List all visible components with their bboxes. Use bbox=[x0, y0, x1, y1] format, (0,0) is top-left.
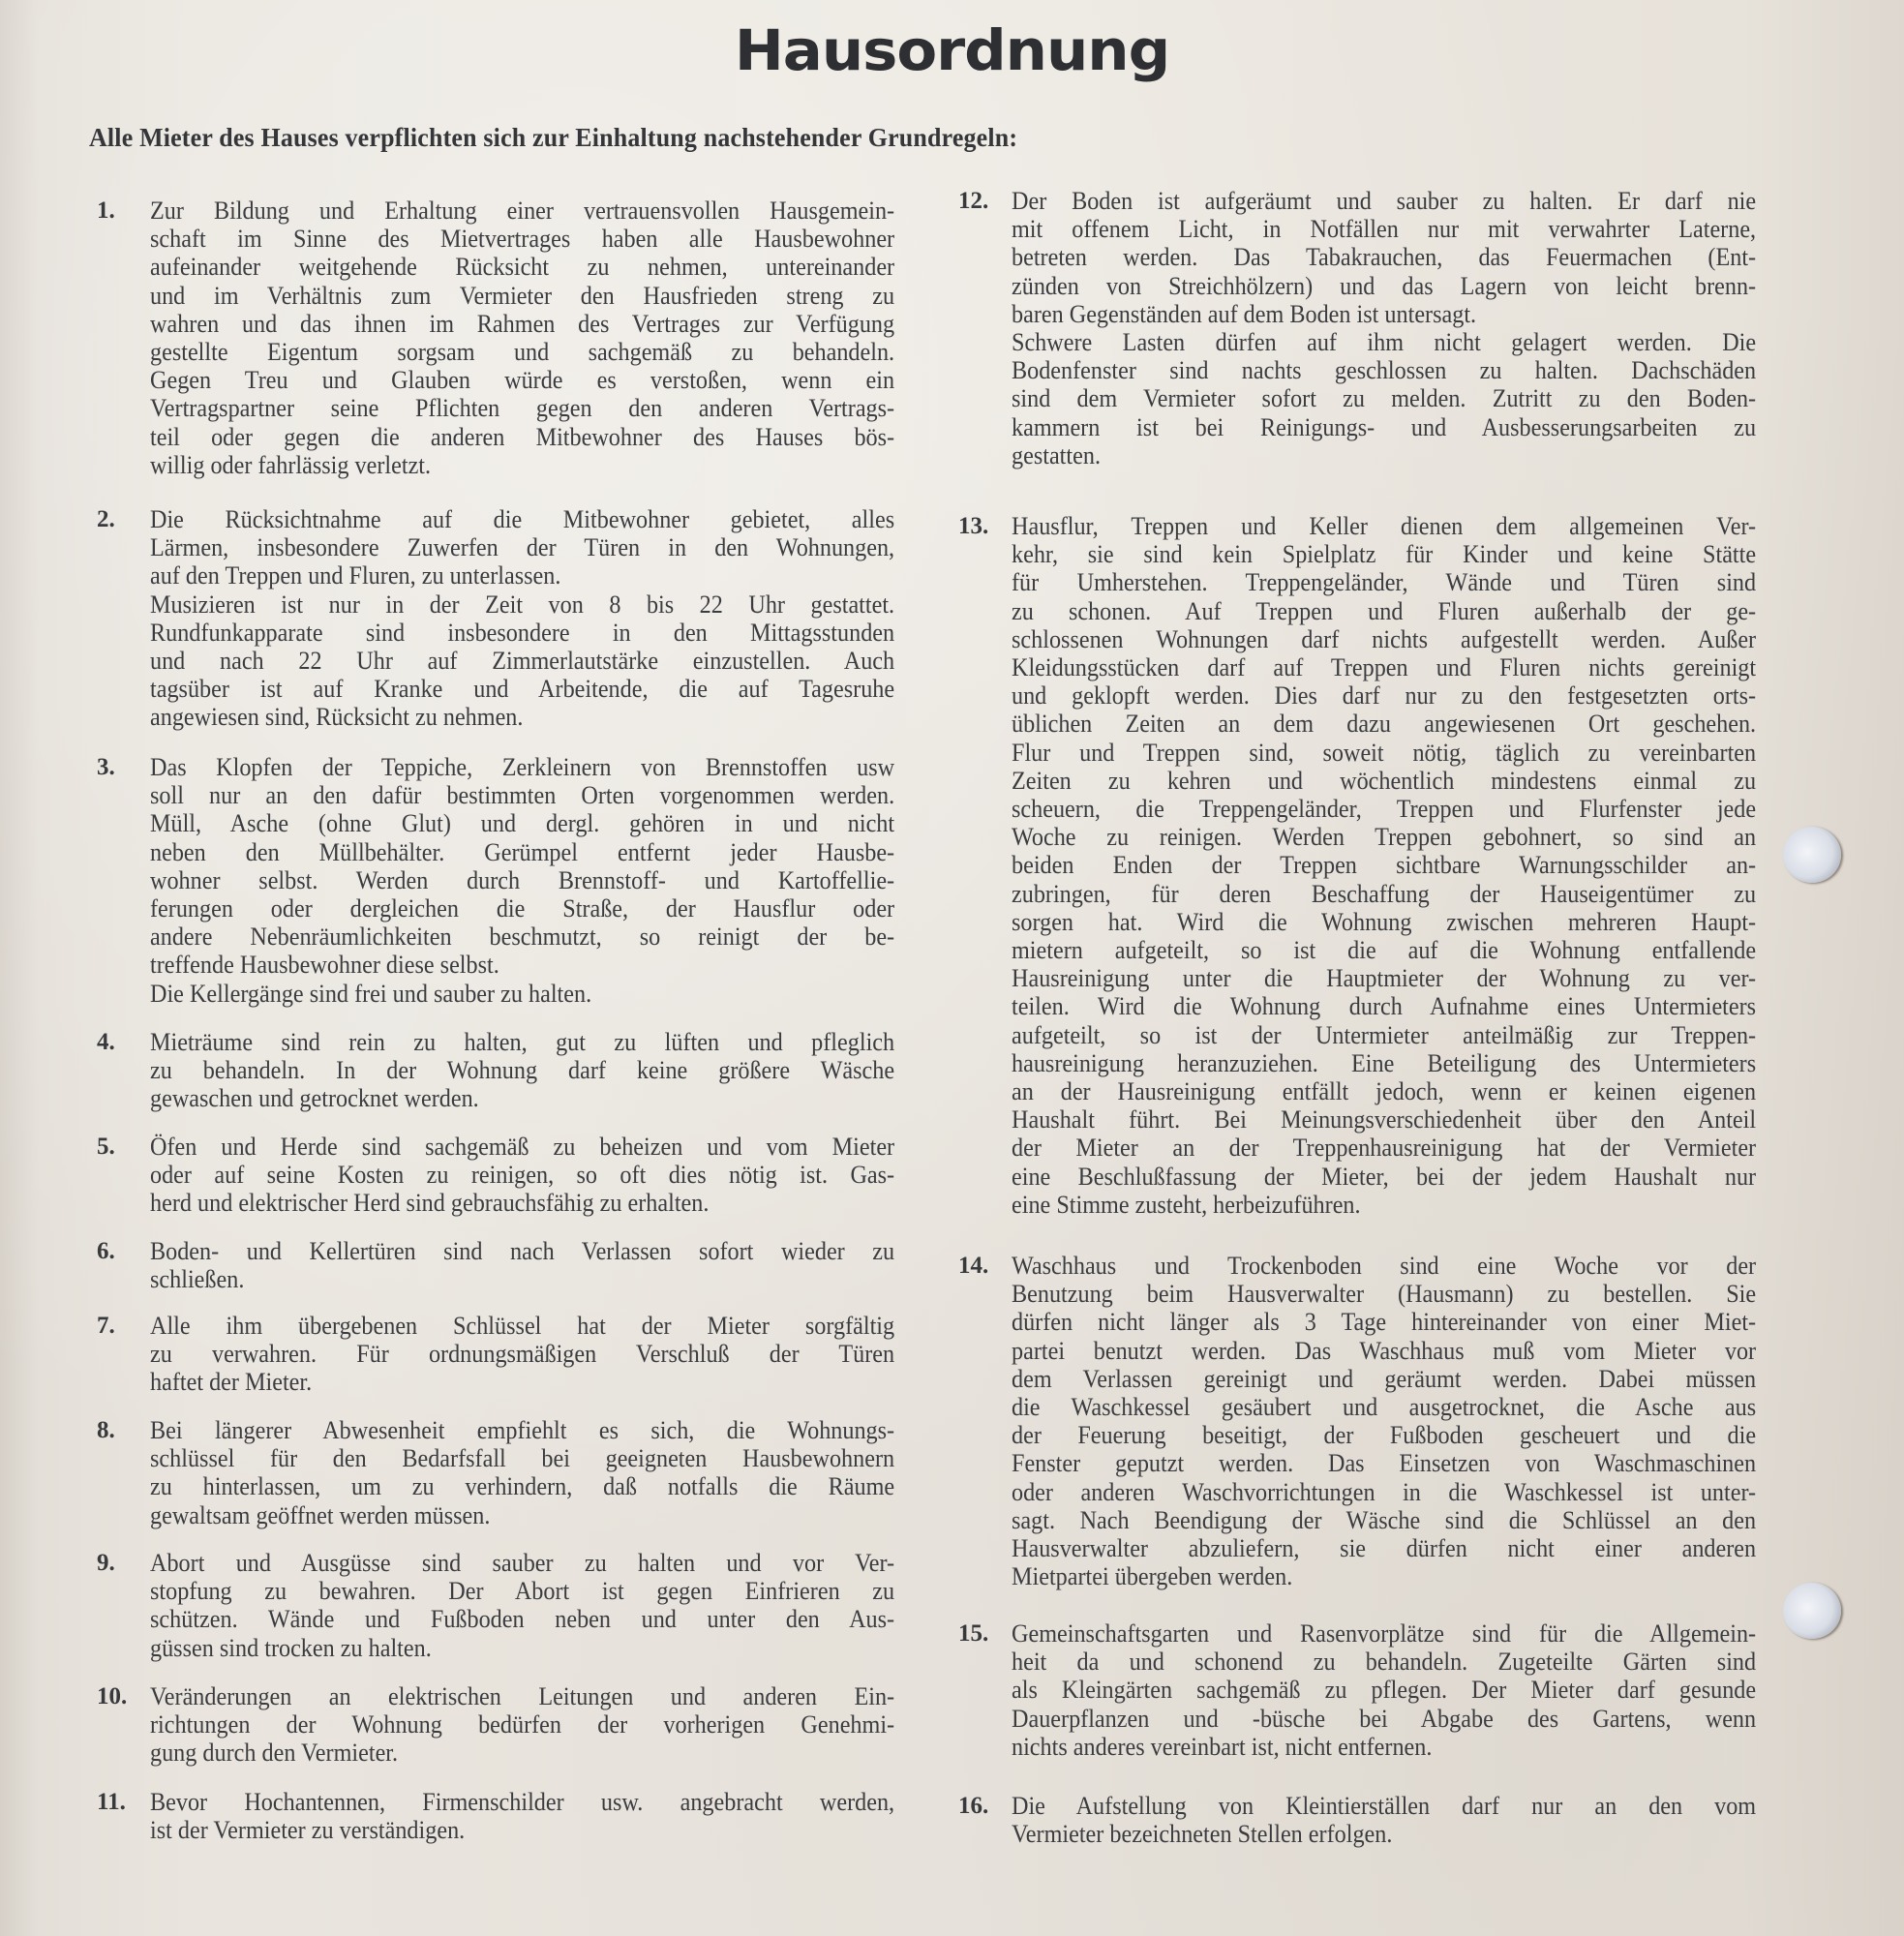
rule-line: Dauerpflanzen und -büsche bei Abgabe des… bbox=[1012, 1705, 1756, 1733]
rule-line: Veränderungen an elektrischen Leitungen … bbox=[150, 1682, 894, 1710]
rule-line: güssen sind trocken zu halten. bbox=[150, 1634, 894, 1662]
rule-line: herd und elektrischer Herd sind gebrauch… bbox=[150, 1189, 894, 1217]
rule-number: 15. bbox=[958, 1619, 1012, 1761]
rule-line: andere Nebenräumlichkeiten beschmutzt, s… bbox=[150, 923, 894, 951]
rule-line: kammern ist bei Reinigungs- und Ausbesse… bbox=[1012, 413, 1756, 441]
rule-item: 12.Der Boden ist aufgeräumt und sauber z… bbox=[958, 187, 1812, 469]
rule-text: Alle ihm übergebenen Schlüssel hat der M… bbox=[150, 1312, 894, 1397]
rule-line: Die Kellergänge sind frei und sauber zu … bbox=[150, 980, 894, 1008]
rule-line: dem Verlassen gereinigt und geräumt werd… bbox=[1012, 1365, 1756, 1393]
punch-hole-lower bbox=[1783, 1583, 1841, 1639]
rule-line: gung durch den Vermieter. bbox=[150, 1739, 894, 1767]
rule-number: 4. bbox=[97, 1028, 150, 1113]
rule-line: Abort und Ausgüsse sind sauber zu halten… bbox=[150, 1549, 894, 1577]
rule-line: Benutzung beim Hausverwalter (Hausmann) … bbox=[1012, 1280, 1756, 1308]
rule-text: Zur Bildung und Erhaltung einer vertraue… bbox=[150, 197, 894, 479]
rule-line: für Umherstehen. Treppengeländer, Wände … bbox=[1012, 568, 1756, 596]
rule-text: Veränderungen an elektrischen Leitungen … bbox=[150, 1682, 894, 1768]
rule-line: sorgen hat. Wird die Wohnung zwischen me… bbox=[1012, 908, 1756, 936]
rule-line: beiden Enden der Treppen sichtbare Warnu… bbox=[1012, 851, 1756, 879]
rule-line: der Mieter an der Treppenhausreinigung h… bbox=[1012, 1134, 1756, 1162]
rule-text: Abort und Ausgüsse sind sauber zu halten… bbox=[150, 1549, 894, 1662]
rule-line: schlossenen Wohnungen darf nichts aufges… bbox=[1012, 625, 1756, 653]
rule-line: mietern aufgeteilt, so ist die auf die W… bbox=[1012, 936, 1756, 964]
rule-number: 7. bbox=[97, 1312, 150, 1397]
rule-line: Musizieren ist nur in der Zeit von 8 bis… bbox=[150, 590, 894, 619]
rule-line: die Waschkessel gesäubert und ausgetrock… bbox=[1012, 1393, 1756, 1421]
rule-line: gewaschen und getrocknet werden. bbox=[150, 1084, 894, 1112]
rule-line: betreten werden. Das Tabakrauchen, das F… bbox=[1012, 243, 1756, 271]
rule-line: und geklopft werden. Dies darf nur zu de… bbox=[1012, 681, 1756, 710]
rule-text: Hausflur, Treppen und Keller dienen dem … bbox=[1012, 512, 1756, 1219]
rule-line: heit da und schonend zu behandeln. Zuget… bbox=[1012, 1648, 1756, 1676]
punch-hole-upper bbox=[1783, 827, 1841, 883]
rule-line: ist der Vermieter zu verständigen. bbox=[150, 1816, 894, 1844]
rule-line: Vermieter bezeichneten Stellen erfolgen. bbox=[1012, 1820, 1756, 1848]
rule-number: 3. bbox=[97, 753, 150, 1008]
rule-line: Vertragspartner seine Pflichten gegen de… bbox=[150, 394, 894, 422]
rule-line: Bei längerer Abwesenheit empfiehlt es si… bbox=[150, 1416, 894, 1444]
rule-line: Bevor Hochantennen, Firmenschilder usw. … bbox=[150, 1788, 894, 1816]
rule-line: Gegen Treu und Glauben würde es verstoße… bbox=[150, 366, 894, 394]
rule-line: Waschhaus und Trockenboden sind eine Woc… bbox=[1012, 1252, 1756, 1280]
rule-line: Hausflur, Treppen und Keller dienen dem … bbox=[1012, 512, 1756, 540]
rule-line: nichts anderes vereinbart ist, nicht ent… bbox=[1012, 1733, 1756, 1761]
rule-line: zünden von Streichhölzern) und das Lager… bbox=[1012, 272, 1756, 300]
rule-item: 15.Gemeinschaftsgarten und Rasenvorplätz… bbox=[958, 1619, 1812, 1761]
rule-line: Gemeinschaftsgarten und Rasenvorplätze s… bbox=[1012, 1619, 1756, 1648]
rule-text: Mieträume sind rein zu halten, gut zu lü… bbox=[150, 1028, 894, 1113]
rule-line: tagsüber ist auf Kranke und Arbeitende, … bbox=[150, 675, 894, 703]
rule-line: eine Beschlußfassung der Mieter, bei der… bbox=[1012, 1163, 1756, 1191]
rule-line: Boden- und Kellertüren sind nach Verlass… bbox=[150, 1237, 894, 1265]
rule-line: Öfen und Herde sind sachgemäß zu beheize… bbox=[150, 1133, 894, 1161]
rule-line: Schwere Lasten dürfen auf ihm nicht gela… bbox=[1012, 328, 1756, 356]
rule-line: sind dem Vermieter sofort zu melden. Zut… bbox=[1012, 384, 1756, 412]
rule-number: 5. bbox=[97, 1133, 150, 1218]
rule-number: 8. bbox=[97, 1416, 150, 1529]
rule-line: Woche zu reinigen. Werden Treppen gebohn… bbox=[1012, 823, 1756, 851]
rule-line: Mieträume sind rein zu halten, gut zu lü… bbox=[150, 1028, 894, 1056]
rule-item: 14.Waschhaus und Trockenboden sind eine … bbox=[958, 1252, 1812, 1590]
rule-item: 2.Die Rücksichtnahme auf die Mitbewohner… bbox=[97, 505, 951, 732]
rule-line: gewaltsam geöffnet werden müssen. bbox=[150, 1501, 894, 1529]
rule-number: 11. bbox=[97, 1788, 150, 1844]
page-title: Hausordnung bbox=[0, 17, 1904, 83]
rule-item: 4.Mieträume sind rein zu halten, gut zu … bbox=[97, 1028, 951, 1113]
rule-item: 7.Alle ihm übergebenen Schlüssel hat der… bbox=[97, 1312, 951, 1397]
rule-line: schlüssel für den Bedarfsfall bei geeign… bbox=[150, 1444, 894, 1472]
rule-line: und nach 22 Uhr auf Zimmerlautstärke ein… bbox=[150, 647, 894, 675]
rule-line: gestatten. bbox=[1012, 441, 1756, 469]
rule-line: ferungen oder dergleichen die Straße, de… bbox=[150, 894, 894, 923]
rule-line: scheuern, die Treppengeländer, Treppen u… bbox=[1012, 795, 1756, 823]
rule-line: Das Klopfen der Teppiche, Zerkleinern vo… bbox=[150, 753, 894, 781]
rule-line: Zeiten zu kehren und wöchentlich mindest… bbox=[1012, 767, 1756, 795]
rule-line: Rundfunkapparate sind insbesondere in de… bbox=[150, 619, 894, 647]
rule-item: 11.Bevor Hochantennen, Firmenschilder us… bbox=[97, 1788, 951, 1844]
rule-line: an der Hausreinigung entfällt jedoch, we… bbox=[1012, 1077, 1756, 1105]
rule-item: 3.Das Klopfen der Teppiche, Zerkleinern … bbox=[97, 753, 951, 1008]
rule-number: 6. bbox=[97, 1237, 150, 1293]
rule-text: Waschhaus und Trockenboden sind eine Woc… bbox=[1012, 1252, 1756, 1590]
rule-line: zu schonen. Auf Treppen und Fluren außer… bbox=[1012, 597, 1756, 625]
rule-number: 16. bbox=[958, 1792, 1012, 1848]
rule-line: partei benutzt werden. Das Waschhaus muß… bbox=[1012, 1337, 1756, 1365]
rule-line: zubringen, für deren Beschaffung der Hau… bbox=[1012, 880, 1756, 908]
rule-number: 14. bbox=[958, 1252, 1012, 1590]
rule-line: eine Stimme zusteht, herbeizuführen. bbox=[1012, 1191, 1756, 1219]
rule-line: Bodenfenster sind nachts geschlossen zu … bbox=[1012, 356, 1756, 384]
rule-line: mit offenem Licht, in Notfällen nur mit … bbox=[1012, 215, 1756, 243]
rule-line: Mietpartei übergeben werden. bbox=[1012, 1562, 1756, 1590]
rule-line: Die Rücksichtnahme auf die Mitbewohner g… bbox=[150, 505, 894, 533]
rule-line: Lärmen, insbesondere Zuwerfen der Türen … bbox=[150, 533, 894, 561]
rule-line: der Feuerung beseitigt, der Fußboden ges… bbox=[1012, 1421, 1756, 1449]
rule-line: aufgeteilt, so ist der Untermieter antei… bbox=[1012, 1021, 1756, 1049]
rule-line: Fenster geputzt werden. Das Einsetzen vo… bbox=[1012, 1449, 1756, 1477]
rule-line: oder auf seine Kosten zu reinigen, so of… bbox=[150, 1161, 894, 1189]
rule-item: 16.Die Aufstellung von Kleintierställen … bbox=[958, 1792, 1812, 1848]
rule-number: 9. bbox=[97, 1549, 150, 1662]
rule-line: stopfung zu bewahren. Der Abort ist gege… bbox=[150, 1577, 894, 1605]
rule-line: schaft im Sinne des Mietvertrages haben … bbox=[150, 225, 894, 253]
rule-line: soll nur an den dafür bestimmten Orten v… bbox=[150, 781, 894, 809]
rule-line: Zur Bildung und Erhaltung einer vertraue… bbox=[150, 197, 894, 225]
rule-line: angewiesen sind, Rücksicht zu nehmen. bbox=[150, 703, 894, 731]
rule-line: schützen. Wände und Fußboden neben und u… bbox=[150, 1605, 894, 1633]
rule-line: Müll, Asche (ohne Glut) und dergl. gehör… bbox=[150, 809, 894, 837]
rule-text: Die Rücksichtnahme auf die Mitbewohner g… bbox=[150, 505, 894, 732]
rule-text: Bevor Hochantennen, Firmenschilder usw. … bbox=[150, 1788, 894, 1844]
rule-item: 6.Boden- und Kellertüren sind nach Verla… bbox=[97, 1237, 951, 1293]
rule-text: Der Boden ist aufgeräumt und sauber zu h… bbox=[1012, 187, 1756, 469]
rule-number: 1. bbox=[97, 197, 150, 479]
rule-line: baren Gegenständen auf dem Boden ist unt… bbox=[1012, 300, 1756, 328]
rule-line: Flur und Treppen sind, soweit nötig, täg… bbox=[1012, 739, 1756, 767]
rule-number: 12. bbox=[958, 187, 1012, 469]
rule-item: 13.Hausflur, Treppen und Keller dienen d… bbox=[958, 512, 1812, 1219]
rule-text: Bei längerer Abwesenheit empfiehlt es si… bbox=[150, 1416, 894, 1529]
rule-line: haftet der Mieter. bbox=[150, 1368, 894, 1396]
rule-line: Kleidungsstücken darf auf Treppen und Fl… bbox=[1012, 653, 1756, 681]
rule-line: kehr, sie sind kein Spielplatz für Kinde… bbox=[1012, 540, 1756, 568]
rule-line: Alle ihm übergebenen Schlüssel hat der M… bbox=[150, 1312, 894, 1340]
rule-number: 10. bbox=[97, 1682, 150, 1768]
rule-line: Haushalt führt. Bei Meinungsverschiedenh… bbox=[1012, 1105, 1756, 1134]
rule-line: Hausverwalter abzuliefern, sie dürfen ni… bbox=[1012, 1534, 1756, 1562]
rule-line: Der Boden ist aufgeräumt und sauber zu h… bbox=[1012, 187, 1756, 215]
rule-line: willig oder fahrlässig verletzt. bbox=[150, 451, 894, 479]
rule-text: Das Klopfen der Teppiche, Zerkleinern vo… bbox=[150, 753, 894, 1008]
rule-line: wohner selbst. Werden durch Brennstoff- … bbox=[150, 866, 894, 894]
rule-line: teilen. Wird die Wohnung durch Aufnahme … bbox=[1012, 992, 1756, 1020]
rule-line: Hausreinigung unter die Hauptmieter der … bbox=[1012, 964, 1756, 992]
rule-line: als Kleingärten sachgemäß zu pflegen. De… bbox=[1012, 1676, 1756, 1704]
rule-line: hausreinigung heranzuziehen. Eine Beteil… bbox=[1012, 1049, 1756, 1077]
rule-line: zu verwahren. Für ordnungsmäßigen Versch… bbox=[150, 1340, 894, 1368]
rule-line: richtungen der Wohnung bedürfen der vorh… bbox=[150, 1710, 894, 1739]
rule-item: 5.Öfen und Herde sind sachgemäß zu behei… bbox=[97, 1133, 951, 1218]
rule-line: sagt. Nach Beendigung der Wäsche sind di… bbox=[1012, 1506, 1756, 1534]
rule-text: Die Aufstellung von Kleintierställen dar… bbox=[1012, 1792, 1756, 1848]
rule-line: aufeinander weitgehende Rücksicht zu neh… bbox=[150, 253, 894, 281]
rule-line: neben den Müllbehälter. Gerümpel entfern… bbox=[150, 838, 894, 866]
rule-line: treffende Hausbewohner diese selbst. bbox=[150, 951, 894, 979]
rule-text: Öfen und Herde sind sachgemäß zu beheize… bbox=[150, 1133, 894, 1218]
rule-line: oder anderen Waschvorrichtungen in die W… bbox=[1012, 1478, 1756, 1506]
rule-text: Boden- und Kellertüren sind nach Verlass… bbox=[150, 1237, 894, 1293]
rule-line: üblichen Zeiten an dem dazu angewiesenen… bbox=[1012, 710, 1756, 738]
rule-text: Gemeinschaftsgarten und Rasenvorplätze s… bbox=[1012, 1619, 1756, 1761]
rule-line: schließen. bbox=[150, 1265, 894, 1293]
rule-number: 2. bbox=[97, 505, 150, 732]
rule-number: 13. bbox=[958, 512, 1012, 1219]
rule-line: dürfen nicht länger als 3 Tage hinterein… bbox=[1012, 1308, 1756, 1336]
rule-line: Die Aufstellung von Kleintierställen dar… bbox=[1012, 1792, 1756, 1820]
rule-item: 1.Zur Bildung und Erhaltung einer vertra… bbox=[97, 197, 951, 479]
rule-item: 9.Abort und Ausgüsse sind sauber zu halt… bbox=[97, 1549, 951, 1662]
rule-line: gestellte Eigentum sorgsam und sachgemäß… bbox=[150, 338, 894, 366]
rule-item: 10.Veränderungen an elektrischen Leitung… bbox=[97, 1682, 951, 1768]
rule-line: zu behandeln. In der Wohnung darf keine … bbox=[150, 1056, 894, 1084]
rule-line: wahren und das ihnen im Rahmen des Vertr… bbox=[150, 310, 894, 338]
rule-line: auf den Treppen und Fluren, zu unterlass… bbox=[150, 561, 894, 590]
rule-line: und im Verhältnis zum Vermieter den Haus… bbox=[150, 282, 894, 310]
intro-text: Alle Mieter des Hauses verpflichten sich… bbox=[89, 123, 1017, 153]
rule-item: 8.Bei längerer Abwesenheit empfiehlt es … bbox=[97, 1416, 951, 1529]
rule-line: zu hinterlassen, um zu verhindern, daß n… bbox=[150, 1472, 894, 1500]
rule-line: teil oder gegen die anderen Mitbewohner … bbox=[150, 423, 894, 451]
